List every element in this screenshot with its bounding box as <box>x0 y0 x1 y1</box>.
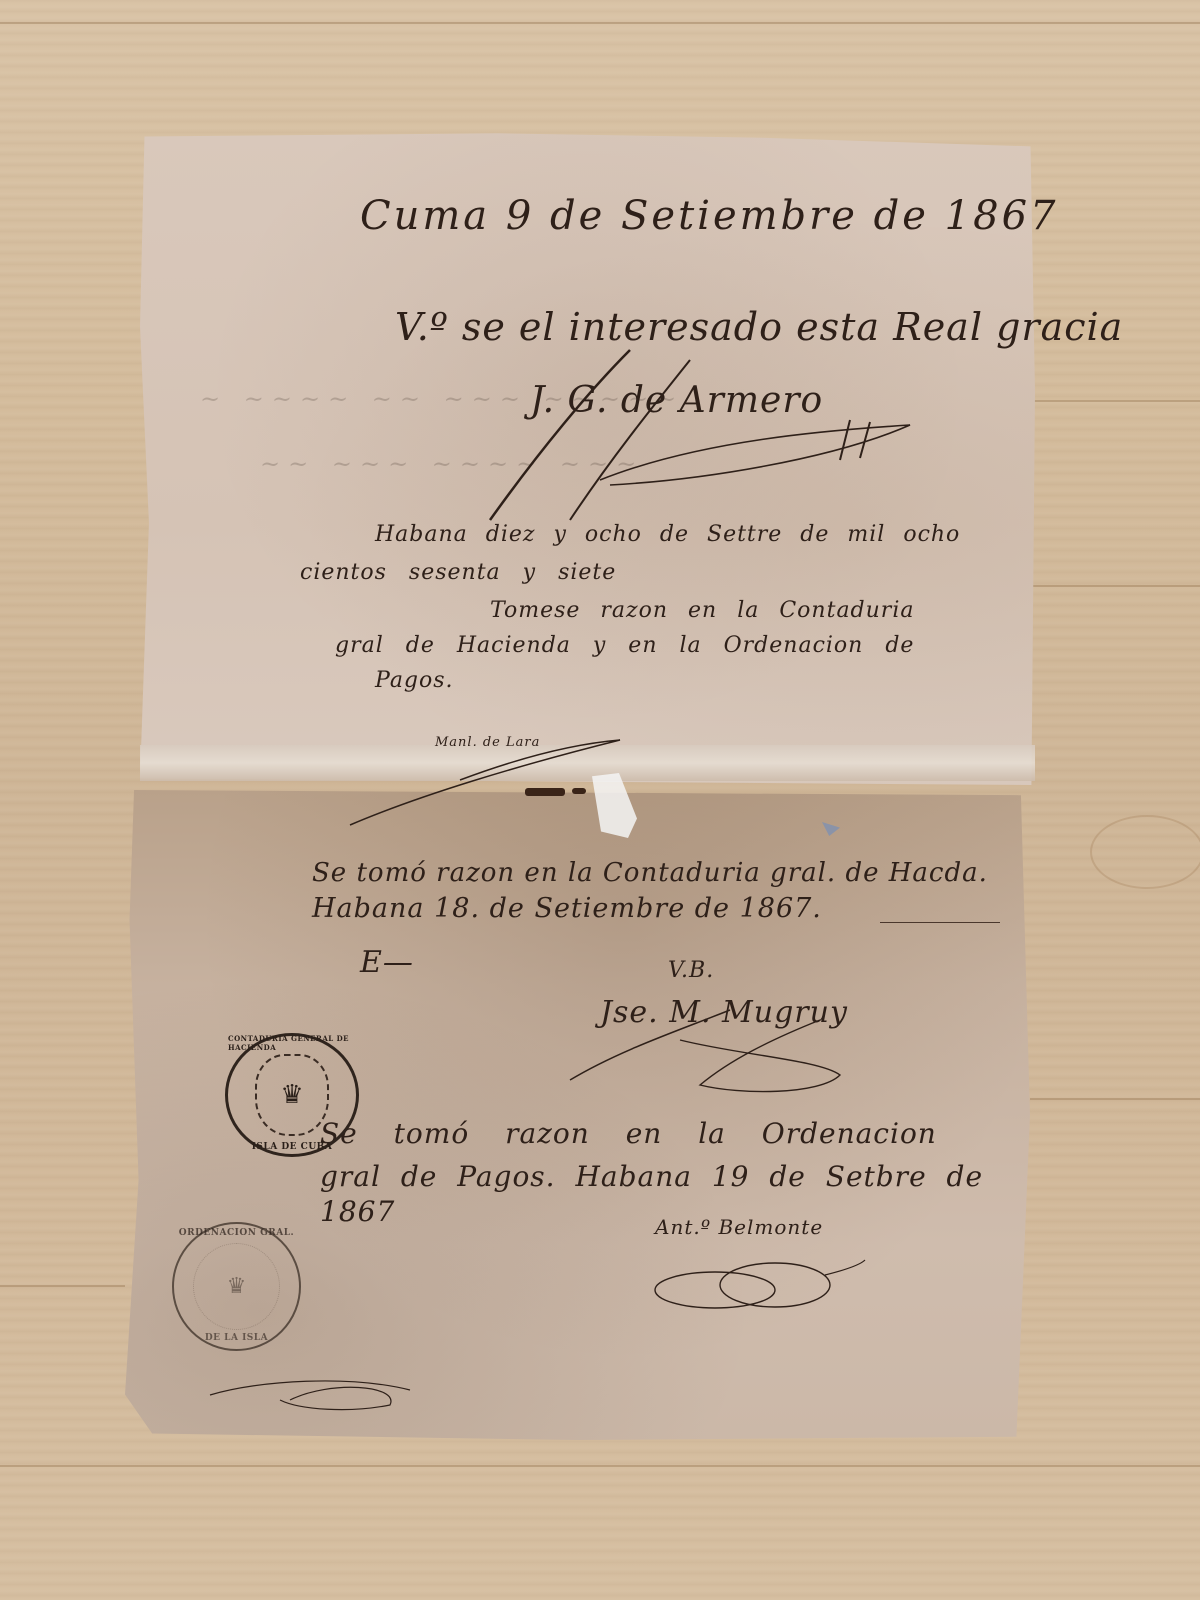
paragraph-3-line-1: Se tomó razon en la Contaduria gral. de … <box>312 858 988 888</box>
stamp-text-bottom: DE LA ISLA <box>205 1333 268 1343</box>
bottom-flourish-icon <box>200 1375 420 1415</box>
paragraph-4-line-3: 1867 <box>320 1195 395 1228</box>
coat-of-arms-icon: ♛ <box>255 1054 329 1136</box>
stamp-text-top: ORDENACION GRAL. <box>179 1228 294 1238</box>
wood-plank-seam <box>1030 585 1200 587</box>
stamp-ordenacion: ♛ ORDENACION GRAL. DE LA ISLA <box>172 1222 301 1351</box>
signature-belmonte: Ant.º Belmonte <box>655 1215 823 1239</box>
paragraph-4-line-2: gral de Pagos. Habana 19 de Setbre de <box>320 1160 983 1193</box>
signature-flourish-icon <box>560 1000 860 1110</box>
paragraph-2-line-5: Pagos. <box>375 668 454 693</box>
stamp-contaduria: ♛ CONTADURIA GENERAL DE HACIENDA ISLA DE… <box>225 1033 359 1157</box>
stamp-text-top: CONTADURIA GENERAL DE HACIENDA <box>228 1034 356 1052</box>
wood-knot <box>1090 815 1200 889</box>
faded-emblem-icon: ♛ <box>193 1243 280 1330</box>
paragraph-2-line-2: cientos sesenta y siete <box>300 560 616 585</box>
signature-flourish-icon <box>450 330 930 530</box>
wood-plank-seam <box>0 22 1200 24</box>
paragraph-2-line-1: Habana diez y ocho de Settre de mil ocho <box>375 522 960 547</box>
wood-plank-seam <box>0 1465 1200 1467</box>
wood-plank-seam <box>0 1285 125 1287</box>
stamp-text-bottom: ISLA DE CUBA <box>252 1142 333 1152</box>
wood-plank-seam <box>1030 1098 1200 1100</box>
vb-mark: V.B. <box>668 958 714 983</box>
paragraph-3-line-2: Habana 18. de Setiembre de 1867. <box>312 893 822 924</box>
underline <box>880 922 1000 923</box>
signature-flourish-icon <box>645 1255 875 1315</box>
paragraph-2-line-3: Tomese razon en la Contaduria <box>490 598 914 623</box>
paragraph-4-line-1: Se tomó razon en la Ordenacion <box>320 1117 937 1150</box>
signature-flourish-icon <box>340 725 640 835</box>
mark-e: E— <box>360 945 414 980</box>
wood-plank-seam <box>1030 400 1200 402</box>
dateline: Cuma 9 de Setiembre de 1867 <box>360 193 1058 239</box>
paragraph-2-line-4: gral de Hacienda y en la Ordenacion de <box>335 633 914 658</box>
